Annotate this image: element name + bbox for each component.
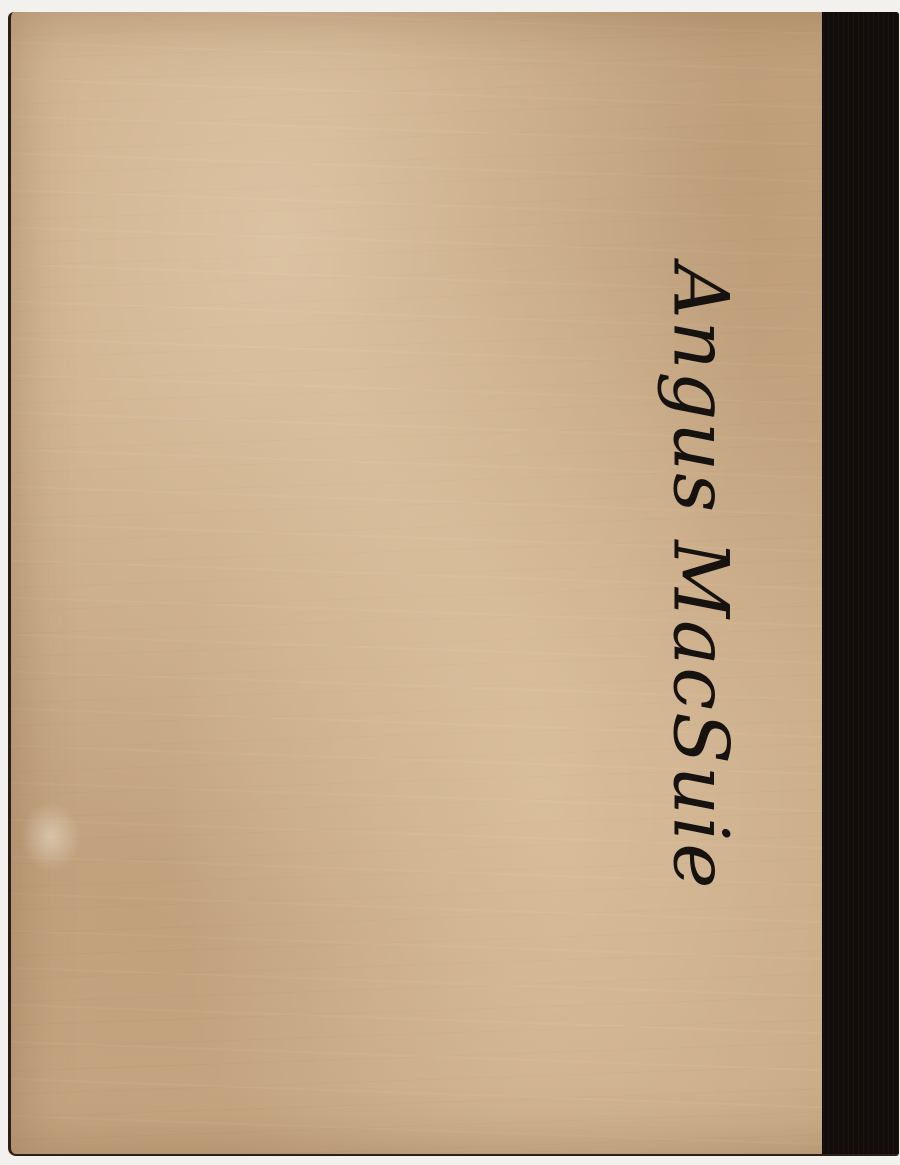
binding-spine [822, 12, 899, 1154]
handwritten-signature: Angus MacSuie [657, 264, 746, 891]
notebook-cover: Angus MacSuie [8, 12, 899, 1156]
wear-mark [21, 802, 81, 872]
